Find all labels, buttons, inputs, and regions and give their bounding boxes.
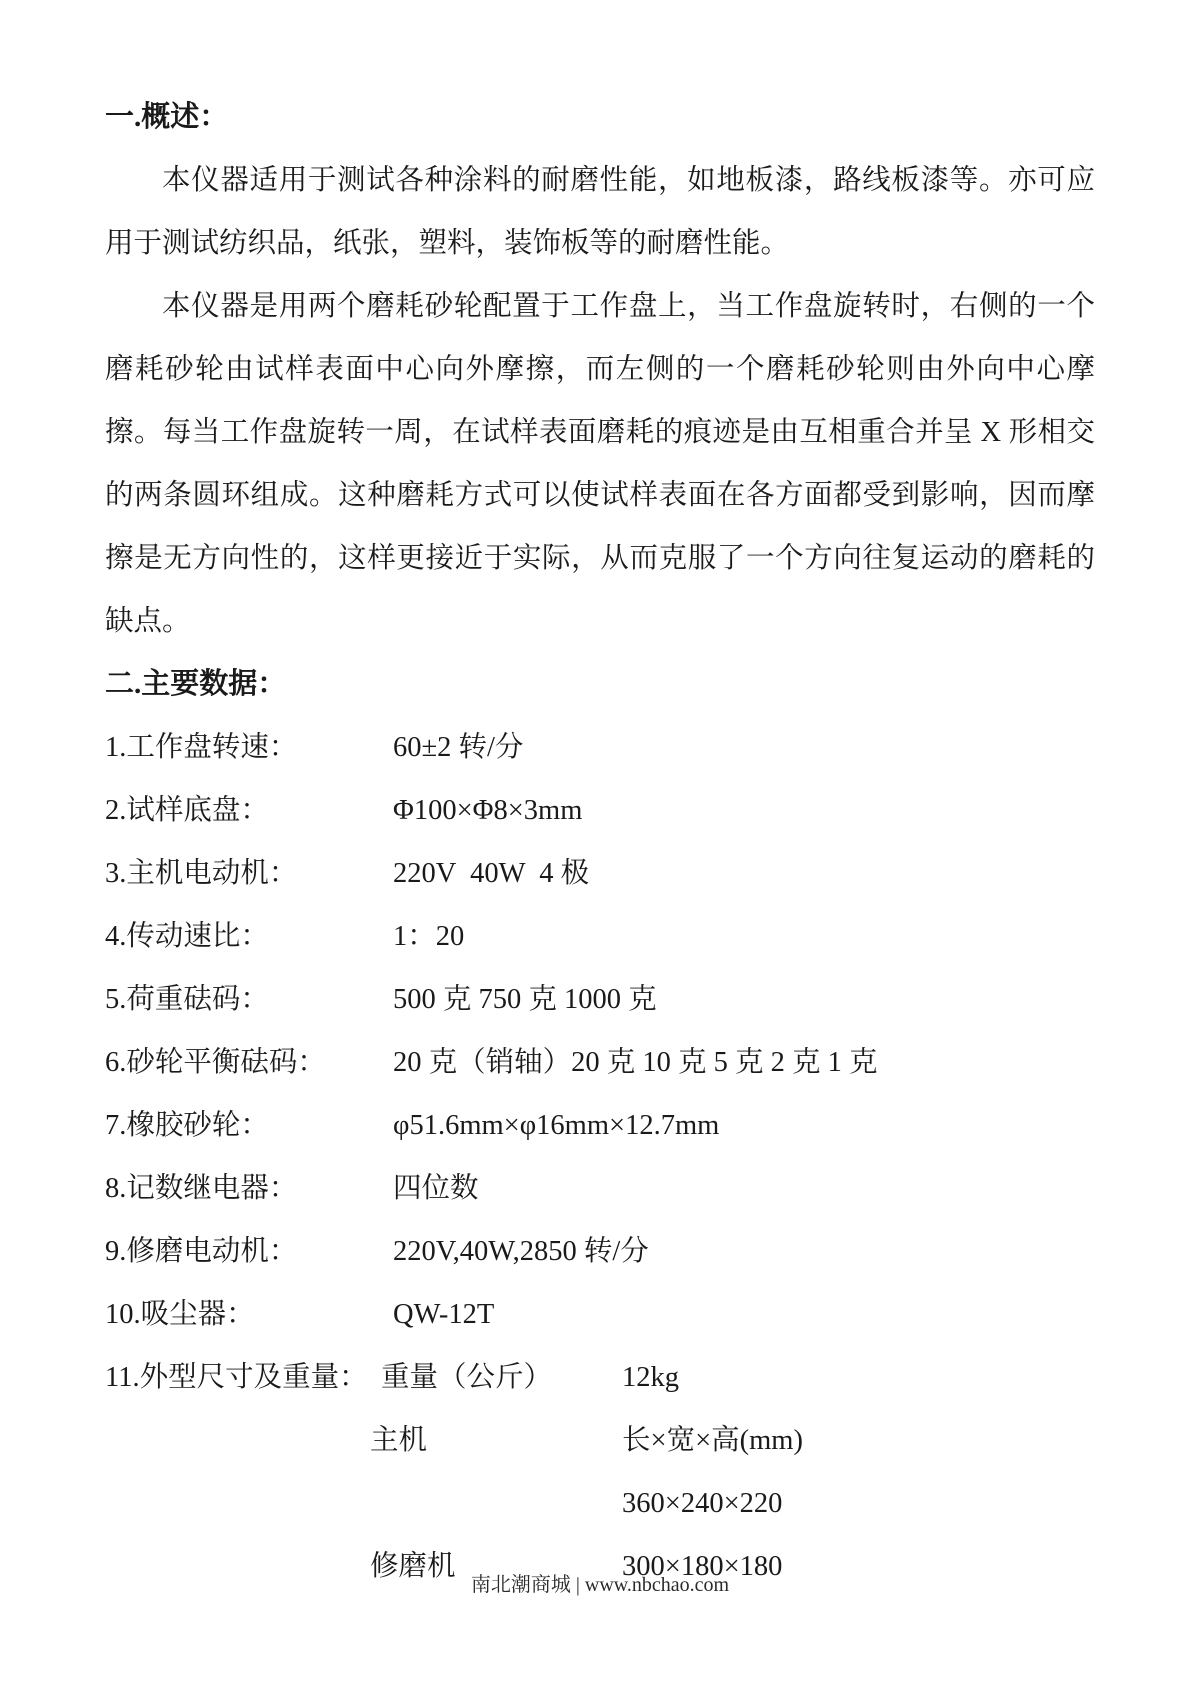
section-overview-heading: 一.概述： bbox=[105, 86, 1095, 149]
spec-value: 四位数 bbox=[393, 1157, 479, 1220]
spec-row-load-weights: 5.荷重砝码： 500 克 750 克 1000 克 bbox=[105, 968, 1095, 1031]
spec-row-rubber-wheel: 7.橡胶砂轮： φ51.6mm×φ16mm×12.7mm bbox=[105, 1094, 1095, 1157]
footer-watermark: 南北潮商城 | www.nbchao.com bbox=[0, 1572, 1200, 1598]
section-specs-heading: 二.主要数据： bbox=[105, 653, 1095, 716]
spec-label: 8.记数继电器： bbox=[105, 1157, 297, 1220]
spec-value: 1：20 bbox=[393, 905, 464, 968]
spec-row-main-motor: 3.主机电动机： 220V 40W 4 极 bbox=[105, 842, 1095, 905]
dimensions-weight-label: 重量（公斤） bbox=[381, 1346, 552, 1409]
spec-value: 220V,40W,2850 转/分 bbox=[393, 1220, 649, 1283]
spec-row-main-unit-dimensions-value: 360×240×220 bbox=[105, 1472, 1095, 1535]
spec-row-dimensions-weight: 11.外型尺寸及重量： 重量（公斤） 12kg bbox=[105, 1346, 1095, 1409]
spec-value: φ51.6mm×φ16mm×12.7mm bbox=[393, 1094, 719, 1157]
main-unit-dimensions: 360×240×220 bbox=[622, 1472, 782, 1535]
spec-value: 20 克（销轴）20 克 10 克 5 克 2 克 1 克 bbox=[393, 1031, 878, 1094]
overview-paragraph-2: 本仪器是用两个磨耗砂轮配置于工作盘上，当工作盘旋转时，右侧的一个磨耗砂轮由试样表… bbox=[105, 275, 1095, 653]
spec-label: 2.试样底盘： bbox=[105, 779, 269, 842]
spec-label: 9.修磨电动机： bbox=[105, 1220, 297, 1283]
spec-row-grinding-motor: 9.修磨电动机： 220V,40W,2850 转/分 bbox=[105, 1220, 1095, 1283]
spec-label: 6.砂轮平衡砝码： bbox=[105, 1031, 326, 1094]
overview-paragraph-1: 本仪器适用于测试各种涂料的耐磨性能，如地板漆，路线板漆等。亦可应用于测试纺织品，… bbox=[105, 149, 1095, 275]
document-page: 一.概述： 本仪器适用于测试各种涂料的耐磨性能，如地板漆，路线板漆等。亦可应用于… bbox=[0, 0, 1200, 1697]
spec-value: Φ100×Φ8×3mm bbox=[393, 779, 582, 842]
spec-label: 7.橡胶砂轮： bbox=[105, 1094, 269, 1157]
spec-value: 220V 40W 4 极 bbox=[393, 842, 589, 905]
specs-list: 1.工作盘转速： 60±2 转/分 2.试样底盘： Φ100×Φ8×3mm 3.… bbox=[105, 716, 1095, 1598]
spec-label: 1.工作盘转速： bbox=[105, 716, 297, 779]
dimensions-header: 长×宽×高(mm) bbox=[622, 1409, 803, 1472]
spec-label: 11.外型尺寸及重量： bbox=[105, 1346, 368, 1409]
spec-label: 4.传动速比： bbox=[105, 905, 269, 968]
spec-row-work-disc-speed: 1.工作盘转速： 60±2 转/分 bbox=[105, 716, 1095, 779]
dimensions-weight-value: 12kg bbox=[622, 1346, 679, 1409]
spec-value: 500 克 750 克 1000 克 bbox=[393, 968, 657, 1031]
spec-row-transmission-ratio: 4.传动速比： 1：20 bbox=[105, 905, 1095, 968]
spec-label: 5.荷重砝码： bbox=[105, 968, 269, 1031]
spec-row-counter-relay: 8.记数继电器： 四位数 bbox=[105, 1157, 1095, 1220]
spec-label: 10.吸尘器： bbox=[105, 1283, 255, 1346]
document-content: 一.概述： 本仪器适用于测试各种涂料的耐磨性能，如地板漆，路线板漆等。亦可应用于… bbox=[105, 86, 1095, 1598]
spec-value: 60±2 转/分 bbox=[393, 716, 523, 779]
spec-label: 3.主机电动机： bbox=[105, 842, 297, 905]
spec-row-main-unit-dimensions-header: 主机 长×宽×高(mm) bbox=[105, 1409, 1095, 1472]
spec-row-balance-weights: 6.砂轮平衡砝码： 20 克（销轴）20 克 10 克 5 克 2 克 1 克 bbox=[105, 1031, 1095, 1094]
main-unit-label: 主机 bbox=[370, 1409, 427, 1472]
spec-value: QW-12T bbox=[393, 1283, 494, 1346]
spec-row-sample-base: 2.试样底盘： Φ100×Φ8×3mm bbox=[105, 779, 1095, 842]
spec-row-vacuum: 10.吸尘器： QW-12T bbox=[105, 1283, 1095, 1346]
